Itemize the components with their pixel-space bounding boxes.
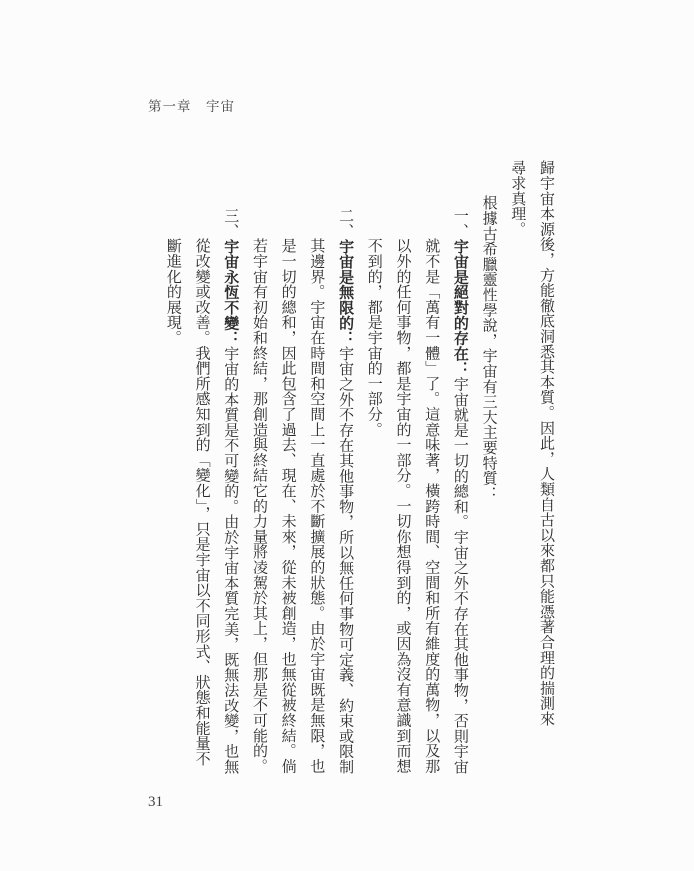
item-heading-text: 宇宙永恆不變： [222, 239, 238, 346]
text-column: 不到的，都是宇宙的一部分。 [359, 160, 388, 808]
text-column: 以外的任何事物，都是宇宙的一部分。一切你想得到的，或因為沒有意識到而想 [388, 160, 417, 808]
text-column: 其邊界。宇宙在時間和空間上一直處於不斷擴展的狀態。由於宇宙既是無限，也 [302, 160, 331, 808]
body-text: 是一切的總和，因此包含了過去、現在、未來，從未被創造，也無從被終結。倘 [280, 238, 296, 774]
body-text: 宇宙就是一切的總和。宇宙之外不存在其他事物，否則宇宙 [452, 376, 468, 774]
text-column: 二、宇宙是無限的：宇宙之外不存在其他事物，所以無任何事物可定義、約束或限制 [330, 160, 359, 808]
text-column: 一、宇宙是絕對的存在：宇宙就是一切的總和。宇宙之外不存在其他事物，否則宇宙 [445, 160, 474, 808]
text-column: 斷進化的展現。 [158, 160, 187, 808]
body-text: 歸宇宙本源後，方能徹底洞悉其本質。因此，人類自古以來都只能憑著合理的揣測來 [538, 160, 554, 726]
body-text: 其邊界。宇宙在時間和空間上一直處於不斷擴展的狀態。由於宇宙既是無限，也 [308, 238, 324, 774]
body-text: 一、 [452, 208, 468, 239]
text-column: 從改變或改善。我們所感知到的「變化」，只是宇宙以不同形式、狀態和能量不 [187, 160, 216, 808]
text-column: 是一切的總和，因此包含了過去、現在、未來，從未被創造，也無從被終結。倘 [273, 160, 302, 808]
body-text: 就不是「萬有一體」了。這意味著，橫跨時間、空間和所有維度的萬物，以及那 [423, 238, 439, 774]
body-text: 尋求真理。 [509, 160, 525, 237]
text-column: 根據古希臘靈性學說，宇宙有三大主要特質： [474, 160, 503, 808]
item-heading-text: 宇宙是絕對的存在： [452, 239, 468, 377]
body-text: 二、 [337, 208, 353, 239]
text-column: 歸宇宙本源後，方能徹底洞悉其本質。因此，人類自古以來都只能憑著合理的揣測來 [531, 160, 560, 808]
text-column: 尋求真理。 [503, 160, 532, 808]
book-page: 第一章 宇宙 歸宇宙本源後，方能徹底洞悉其本質。因此，人類自古以來都只能憑著合理… [0, 0, 694, 871]
body-text: 以外的任何事物，都是宇宙的一部分。一切你想得到的，或因為沒有意識到而想 [394, 238, 410, 774]
text-column: 若宇宙有初始和終結，那創造與終結它的力量將凌駕於其上，但那是不可能的。 [244, 160, 273, 808]
body-text: 三、 [222, 208, 238, 239]
text-column: 就不是「萬有一體」了。這意味著，橫跨時間、空間和所有維度的萬物，以及那 [416, 160, 445, 808]
body-text: 宇宙的本質是不可變的。由於宇宙本質完美，既無法改變，也無 [222, 346, 238, 774]
text-column: 三、宇宙永恆不變：宇宙的本質是不可變的。由於宇宙本質完美，既無法改變，也無 [216, 160, 245, 808]
body-text: 根據古希臘靈性學說，宇宙有三大主要特質： [481, 195, 497, 501]
body-text: 從改變或改善。我們所感知到的「變化」，只是宇宙以不同形式、狀態和能量不 [194, 238, 210, 766]
body-text: 宇宙之外不存在其他事物，所以無任何事物可定義、約束或限制 [337, 346, 353, 774]
page-number: 31 [148, 794, 163, 811]
body-text: 斷進化的展現。 [165, 238, 181, 345]
text-block: 歸宇宙本源後，方能徹底洞悉其本質。因此，人類自古以來都只能憑著合理的揣測來尋求真… [158, 160, 560, 808]
item-heading-text: 宇宙是無限的： [337, 239, 353, 346]
body-text: 若宇宙有初始和終結，那創造與終結它的力量將凌駕於其上，但那是不可能的。 [251, 238, 267, 774]
chapter-header: 第一章 宇宙 [148, 95, 235, 115]
body-text: 不到的，都是宇宙的一部分。 [366, 238, 382, 437]
